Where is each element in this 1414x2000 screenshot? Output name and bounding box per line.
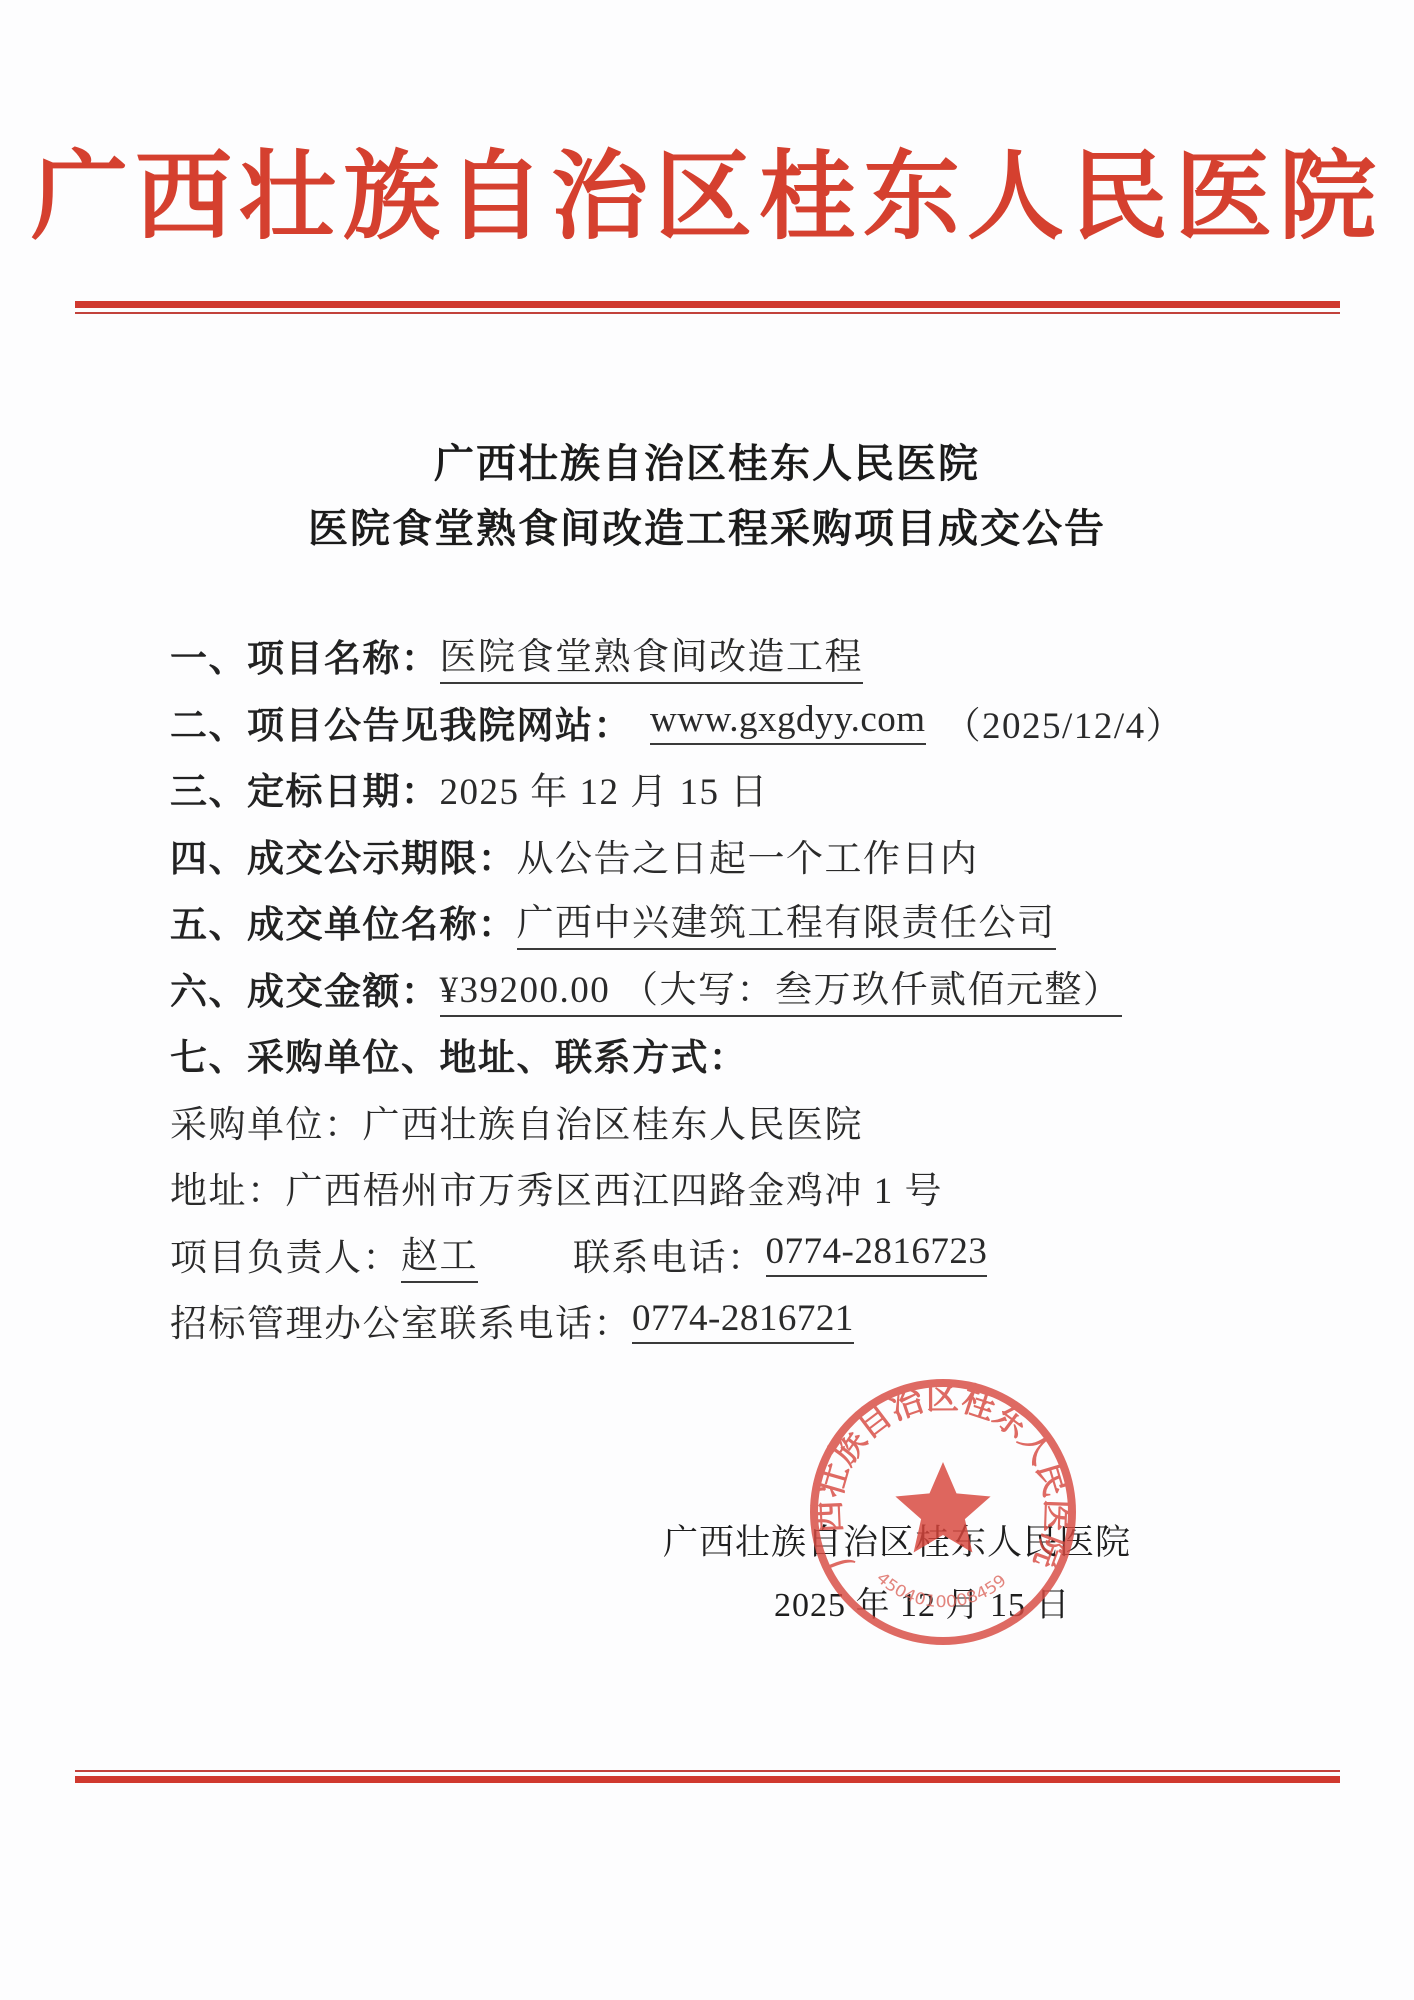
- footer-double-rule: [75, 1770, 1340, 1783]
- rule-thin-bar: [75, 312, 1340, 314]
- contact-office-line: 招标管理办公室联系电话： 0774-2816721: [170, 1287, 1290, 1354]
- masthead-double-rule: [75, 301, 1340, 314]
- item3-value: 2025 年 12 月 15 日: [440, 761, 769, 815]
- phone-value: 0774-2816723: [766, 1230, 988, 1277]
- item2-date-note: （2025/12/4）: [944, 695, 1185, 749]
- seal-serial-number: 4504010008459: [873, 1568, 1010, 1611]
- office-label: 招标管理办公室联系电话：: [170, 1293, 632, 1347]
- purchaser-value: 广西壮族自治区桂东人民医院: [363, 1094, 864, 1148]
- item-award-amount: 六、成交金额： ¥39200.00 （大写：叁万玖仟贰佰元整）: [170, 955, 1290, 1022]
- address-value: 广西梧州市万秀区西江四路金鸡冲 1 号: [286, 1160, 944, 1214]
- item7-label: 七、采购单位、地址、联系方式：: [170, 1027, 748, 1081]
- website-link[interactable]: www.gxgdyy.com: [650, 698, 926, 745]
- item1-label: 一、项目名称：: [170, 628, 440, 682]
- rule-thick-bar: [75, 1776, 1340, 1783]
- item-award-date: 三、定标日期： 2025 年 12 月 15 日: [170, 755, 1290, 822]
- item4-label: 四、成交公示期限：: [170, 828, 517, 882]
- contact-address-line: 地址： 广西梧州市万秀区西江四路金鸡冲 1 号: [170, 1154, 1290, 1221]
- seal-svg: 广西壮族自治区桂东人民医院 4504010008459: [805, 1374, 1081, 1650]
- item1-value: 医院食堂熟食间改造工程: [440, 626, 864, 684]
- phone-label: 联系电话：: [573, 1227, 766, 1281]
- rule-thin-bar: [75, 1770, 1340, 1772]
- scanned-announcement-page: 广西壮族自治区桂东人民医院 广西壮族自治区桂东人民医院 医院食堂熟食间改造工程采…: [0, 0, 1414, 2000]
- doc-title-line1: 广西壮族自治区桂东人民医院: [0, 432, 1414, 489]
- item2-label: 二、项目公告见我院网站：: [170, 695, 632, 749]
- masthead-hospital-title: 广西壮族自治区桂东人民医院: [0, 118, 1414, 258]
- contact-manager-line: 项目负责人： 赵工 联系电话： 0774-2816723: [170, 1221, 1290, 1288]
- official-seal-stamp: 广西壮族自治区桂东人民医院 4504010008459: [805, 1374, 1081, 1650]
- item-winning-company: 五、成交单位名称： 广西中兴建筑工程有限责任公司: [170, 888, 1290, 955]
- doc-title-line2: 医院食堂熟食间改造工程采购项目成交公告: [0, 497, 1414, 554]
- item-project-name: 一、项目名称： 医院食堂熟食间改造工程: [170, 622, 1290, 689]
- contact-purchaser-line: 采购单位： 广西壮族自治区桂东人民医院: [170, 1088, 1290, 1155]
- item4-value: 从公告之日起一个工作日内: [517, 828, 979, 882]
- manager-value: 赵工: [401, 1225, 478, 1283]
- purchaser-label: 采购单位：: [170, 1094, 363, 1148]
- item6-value: ¥39200.00 （大写：叁万玖仟贰佰元整）: [440, 959, 1122, 1017]
- item-announcement-website: 二、项目公告见我院网站： www.gxgdyy.com （2025/12/4）: [170, 689, 1290, 756]
- item6-label: 六、成交金额：: [170, 961, 440, 1015]
- item-publicity-period: 四、成交公示期限： 从公告之日起一个工作日内: [170, 822, 1290, 889]
- address-label: 地址：: [170, 1160, 286, 1214]
- item5-value: 广西中兴建筑工程有限责任公司: [517, 892, 1056, 950]
- rule-thick-bar: [75, 301, 1340, 308]
- red-star-icon: [895, 1462, 990, 1553]
- item3-label: 三、定标日期：: [170, 761, 440, 815]
- office-value: 0774-2816721: [632, 1297, 854, 1344]
- item5-label: 五、成交单位名称：: [170, 894, 517, 948]
- announcement-body: 一、项目名称： 医院食堂熟食间改造工程 二、项目公告见我院网站： www.gxg…: [170, 622, 1290, 1354]
- item-contact-heading: 七、采购单位、地址、联系方式：: [170, 1021, 1290, 1088]
- manager-label: 项目负责人：: [170, 1227, 401, 1281]
